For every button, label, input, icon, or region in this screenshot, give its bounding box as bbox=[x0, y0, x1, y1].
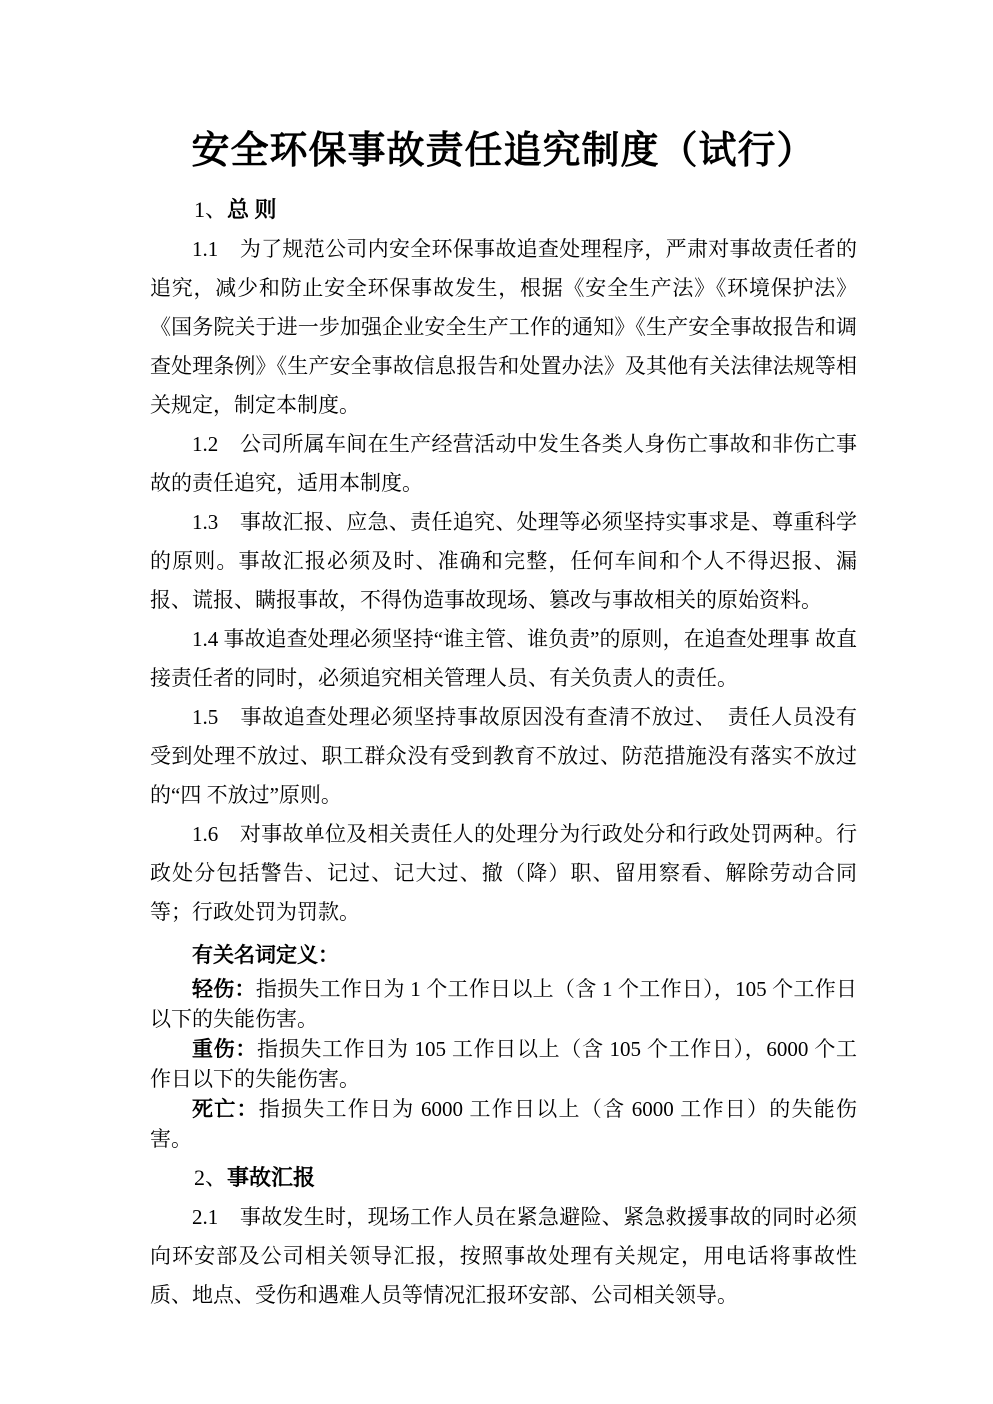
definitions-heading: 有关名词定义： bbox=[150, 936, 857, 974]
definition-minor-injury: 轻伤：指损失工作日为 1 个工作日以上（含 1 个工作日），105 个工作日以下… bbox=[150, 974, 857, 1034]
section-2-label: 事故汇报 bbox=[227, 1165, 315, 1190]
section-1-heading: 1、总 则 bbox=[150, 190, 857, 230]
paragraph-2-1: 2.1 事故发生时，现场工作人员在紧急避险、紧急救援事故的同时必须向环安部及公司… bbox=[150, 1198, 857, 1315]
document-title: 安全环保事故责任追究制度（试行） bbox=[150, 122, 857, 180]
paragraph-1-5: 1.5 事故追查处理必须坚持事故原因没有查清不放过、 责任人员没有受到处理不放过… bbox=[150, 698, 857, 815]
section-1-number: 1、 bbox=[194, 197, 227, 222]
definition-minor-injury-text: 指损失工作日为 1 个工作日以上（含 1 个工作日），105 个工作日以下的失能… bbox=[150, 977, 857, 1031]
paragraph-1-3: 1.3 事故汇报、应急、责任追究、处理等必须坚持实事求是、尊重科学的原则。事故汇… bbox=[150, 503, 857, 620]
document-page: 安全环保事故责任追究制度（试行） 1、总 则 1.1 为了规范公司内安全环保事故… bbox=[0, 0, 993, 1404]
definition-death: 死亡：指损失工作日为 6000 工作日以上（含 6000 工作日）的失能伤害。 bbox=[150, 1094, 857, 1154]
section-2-heading: 2、事故汇报 bbox=[150, 1158, 857, 1198]
section-1-label: 总 则 bbox=[227, 197, 277, 222]
definition-serious-injury-text: 指损失工作日为 105 工作日以上（含 105 个工作日），6000 个工作日以… bbox=[150, 1037, 857, 1091]
definition-death-term: 死亡： bbox=[192, 1097, 259, 1121]
paragraph-1-6: 1.6 对事故单位及相关责任人的处理分为行政处分和行政处罚两种。行政处分包括警告… bbox=[150, 815, 857, 932]
definition-minor-injury-term: 轻伤： bbox=[192, 977, 256, 1001]
paragraph-1-1: 1.1 为了规范公司内安全环保事故追查处理程序，严肃对事故责任者的追究，减少和防… bbox=[150, 230, 857, 425]
definition-serious-injury-term: 重伤： bbox=[192, 1037, 257, 1061]
section-2-number: 2、 bbox=[194, 1165, 227, 1190]
paragraph-1-4: 1.4 事故追查处理必须坚持“谁主管、谁负责”的原则，在追查处理事 故直接责任者… bbox=[150, 620, 857, 698]
definition-serious-injury: 重伤：指损失工作日为 105 工作日以上（含 105 个工作日），6000 个工… bbox=[150, 1034, 857, 1094]
paragraph-1-2: 1.2 公司所属车间在生产经营活动中发生各类人身伤亡事故和非伤亡事故的责任追究，… bbox=[150, 425, 857, 503]
